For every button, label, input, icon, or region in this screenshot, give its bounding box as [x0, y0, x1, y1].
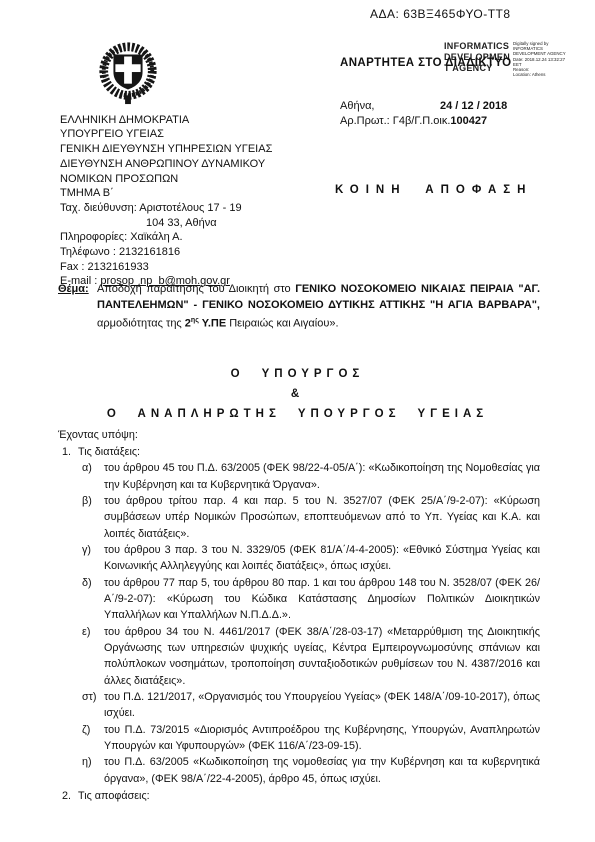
ampersand: &	[0, 384, 595, 404]
health-region-abbrev: Υ.ΠΕ	[199, 318, 226, 330]
section-1-title: Τις διατάξεις:	[78, 444, 140, 460]
subject-text-regular: Πειραιώς και Αιγαίου».	[226, 318, 338, 330]
provisions-list: α) του άρθρου 45 του Π.Δ. 63/2005 (ΦΕΚ 9…	[82, 460, 540, 787]
list-item: β) του άρθρου τρίτου παρ. 4 και παρ. 5 τ…	[82, 493, 540, 542]
postal-address-line2: 104 33, Αθήνα	[60, 216, 330, 231]
section-2-title: Τις αποφάσεις:	[78, 788, 150, 804]
item-text: του Π.Δ. 73/2015 «Διορισμός Αντιπροέδρου…	[104, 722, 540, 755]
item-text: του Π.Δ. 63/2005 «Κωδικοποίηση της νομοθ…	[104, 754, 540, 787]
item-text: του άρθρου 3 παρ. 3 του Ν. 3329/05 (ΦΕΚ …	[104, 542, 540, 575]
item-label: ε)	[82, 624, 104, 689]
item-text: του άρθρου 45 του Π.Δ. 63/2005 (ΦΕΚ 98/2…	[104, 460, 540, 493]
item-label: γ)	[82, 542, 104, 575]
fax-line: Fax : 2132161933	[60, 260, 330, 275]
section-2-heading: 2. Τις αποφάσεις:	[58, 788, 540, 804]
item-text: του άρθρου 77 παρ 5, του άρθρου 80 παρ. …	[104, 575, 540, 624]
section-1-number: 1.	[58, 444, 78, 460]
internet-posting-notice: ΑΝΑΡΤΗΤΕΑ ΣΤΟ ΔΙΑΔΙΚΤΥΟ	[340, 57, 511, 69]
agency-line: ΝΟΜΙΚΩΝ ΠΡΟΣΩΠΩΝ	[60, 172, 330, 187]
greek-national-emblem-icon	[92, 40, 164, 106]
legal-basis-section: Έχοντας υπόψη: 1. Τις διατάξεις: α) του …	[58, 427, 540, 804]
agency-line: ΓΕΝΙΚΗ ΔΙΕΥΘΥΝΣΗ ΥΠΗΡΕΣΙΩΝ ΥΓΕΙΑΣ	[60, 142, 330, 157]
subject-text-regular: Αποδοχή παραίτησης του Διοικητή στο	[97, 283, 295, 295]
stamp-signature-details: Digitally signed by INFORMATICS DEVELOPM…	[513, 41, 566, 77]
agency-header: ΕΛΛΗΝΙΚΗ ΔΗΜΟΚΡΑΤΙΑ ΥΠΟΥΡΓΕΙΟ ΥΓΕΙΑΣ ΓΕΝ…	[60, 40, 330, 289]
subject-text-regular: αρμοδιότητας της	[97, 318, 185, 330]
minister-line: Ο ΥΠΟΥΡΓΟΣ	[0, 364, 595, 384]
item-label: η)	[82, 754, 104, 787]
list-item: δ) του άρθρου 77 παρ 5, του άρθρου 80 πα…	[82, 575, 540, 624]
having-regard-line: Έχοντας υπόψη:	[58, 427, 540, 443]
date-protocol-block: Αθήνα, 24 / 12 / 2018 Αρ.Πρωτ.: Γ4β/Γ.Π.…	[340, 99, 507, 129]
section-2-number: 2.	[58, 788, 78, 804]
subject-label: Θέμα:	[58, 281, 89, 297]
agency-line: ΥΠΟΥΡΓΕΙΟ ΥΓΕΙΑΣ	[60, 127, 330, 142]
joint-decision-heading: ΚΟΙΝΗ ΑΠΟΦΑΣΗ	[335, 184, 533, 196]
ministers-heading: Ο ΥΠΟΥΡΓΟΣ & Ο ΑΝΑΠΛΗΡΩΤΗΣ ΥΠΟΥΡΓΟΣ ΥΓΕΙ…	[0, 364, 595, 424]
item-label: β)	[82, 493, 104, 542]
agency-line: ΔΙΕΥΘΥΝΣΗ ΑΝΘΡΩΠΙΝΟΥ ΔΥΝΑΜΙΚΟΥ	[60, 157, 330, 172]
item-label: δ)	[82, 575, 104, 624]
ada-code: ΑΔΑ: 63ΒΞ465ΦΥΟ-ΤΤ8	[370, 7, 511, 21]
deputy-minister-line: Ο ΑΝΑΠΛΗΡΩΤΗΣ ΥΠΟΥΡΓΟΣ ΥΓΕΙΑΣ	[0, 404, 595, 424]
document-page: ΑΔΑ: 63ΒΞ465ΦΥΟ-ΤΤ8 INFORMATICS DEVELOPM…	[0, 0, 595, 842]
item-label: ζ)	[82, 722, 104, 755]
postal-address-line1: Ταχ. διεύθυνση: Αριστοτέλους 17 - 19	[60, 201, 330, 216]
list-item: ζ) του Π.Δ. 73/2015 «Διορισμός Αντιπροέδ…	[82, 722, 540, 755]
protocol-label: Αρ.Πρωτ.: Γ4β/Γ.Π.οικ.	[340, 114, 450, 129]
protocol-number: 100427	[450, 114, 487, 129]
list-item: γ) του άρθρου 3 παρ. 3 του Ν. 3329/05 (Φ…	[82, 542, 540, 575]
item-label: στ)	[82, 689, 104, 722]
list-item: α) του άρθρου 45 του Π.Δ. 63/2005 (ΦΕΚ 9…	[82, 460, 540, 493]
health-region-ordinal-suffix: ης	[191, 317, 199, 324]
agency-line: ΕΛΛΗΝΙΚΗ ΔΗΜΟΚΡΑΤΙΑ	[60, 113, 330, 128]
item-label: α)	[82, 460, 104, 493]
city-label: Αθήνα,	[340, 99, 440, 114]
list-item: η) του Π.Δ. 63/2005 «Κωδικοποίηση της νο…	[82, 754, 540, 787]
subject-paragraph: Θέμα: Αποδοχή παραίτησης του Διοικητή στ…	[58, 281, 540, 332]
contact-person-line: Πληροφορίες: Χαϊκάλη Α.	[60, 230, 330, 245]
item-text: του άρθρου τρίτου παρ. 4 και παρ. 5 του …	[104, 493, 540, 542]
phone-line: Τηλέφωνο : 2132161816	[60, 245, 330, 260]
item-text: του άρθρου 34 του Ν. 4461/2017 (ΦΕΚ 38/Α…	[104, 624, 540, 689]
document-date: 24 / 12 / 2018	[440, 99, 507, 114]
item-text: του Π.Δ. 121/2017, «Οργανισμός του Υπουρ…	[104, 689, 540, 722]
list-item: ε) του άρθρου 34 του Ν. 4461/2017 (ΦΕΚ 3…	[82, 624, 540, 689]
list-item: στ) του Π.Δ. 121/2017, «Οργανισμός του Υ…	[82, 689, 540, 722]
agency-line: ΤΜΗΜΑ Β΄	[60, 186, 330, 201]
section-1-heading: 1. Τις διατάξεις:	[58, 444, 540, 460]
